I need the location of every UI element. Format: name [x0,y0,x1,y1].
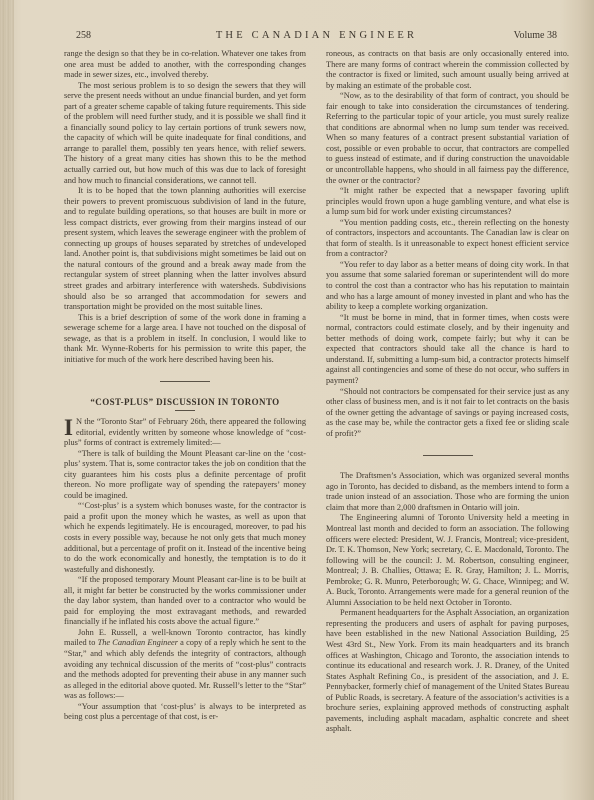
paragraph: “Your assumption that ‘cost-plus’ is alw… [64,702,306,723]
russell-paragraph: John E. Russell, a well-known Toronto co… [64,628,306,702]
news-item: The Engineering alumni of Toronto Univer… [326,513,569,608]
section-divider [160,381,210,382]
paragraph: “It must be borne in mind, that in forme… [326,313,569,387]
right-column: roneous, as contracts on that basis are … [326,49,569,735]
lead-paragraph-text: N the “Toronto Star” of February 26th, t… [64,417,306,447]
paragraph: range the design so that they be in co-r… [64,49,306,81]
news-item: The Draftsmen’s Association, which was o… [326,471,569,513]
paragraph: roneous, as contracts on that basis are … [326,49,569,91]
paragraph: It is to be hoped that the town planning… [64,186,306,313]
paragraph: “Now, as to the desirability of that for… [326,91,569,186]
title-underline [175,410,195,411]
text-segment: a copy of a reply which he sent to the “… [64,638,306,700]
paragraph: “It might rather be expected that a news… [326,186,569,218]
volume-label: Volume 38 [514,30,557,41]
paragraph: “Should not contractors be compensated f… [326,387,569,440]
running-header: 258 THE CANADIAN ENGINEER Volume 38 [76,30,557,44]
paragraph: “You mention padding costs, etc., therei… [326,218,569,260]
drop-cap: I [64,418,73,438]
paragraph: “If the proposed temporary Mount Pleasan… [64,575,306,628]
section-title: “COST-PLUS” DISCUSSION IN TORONTO [64,397,306,408]
scanned-page: 258 THE CANADIAN ENGINEER Volume 38 rang… [0,0,594,800]
lead-paragraph: IN the “Toronto Star” of February 26th, … [64,417,306,449]
section-divider [423,455,473,456]
paragraph: This is a brief description of some of t… [64,313,306,366]
publication-name: The Canadian Engineer [98,638,178,647]
paragraph: “You refer to day labor as a better mean… [326,260,569,313]
book-spine-edge [0,0,14,800]
left-column: range the design so that they be in co-r… [64,49,306,723]
paragraph: “There is talk of building the Mount Ple… [64,449,306,502]
paragraph: “‘Cost-plus’ is a system which bonuses w… [64,501,306,575]
journal-title: THE CANADIAN ENGINEER [76,30,557,41]
news-item: Permanent headquarters for the Asphalt A… [326,608,569,735]
paragraph: The most serious problem is to so design… [64,81,306,186]
